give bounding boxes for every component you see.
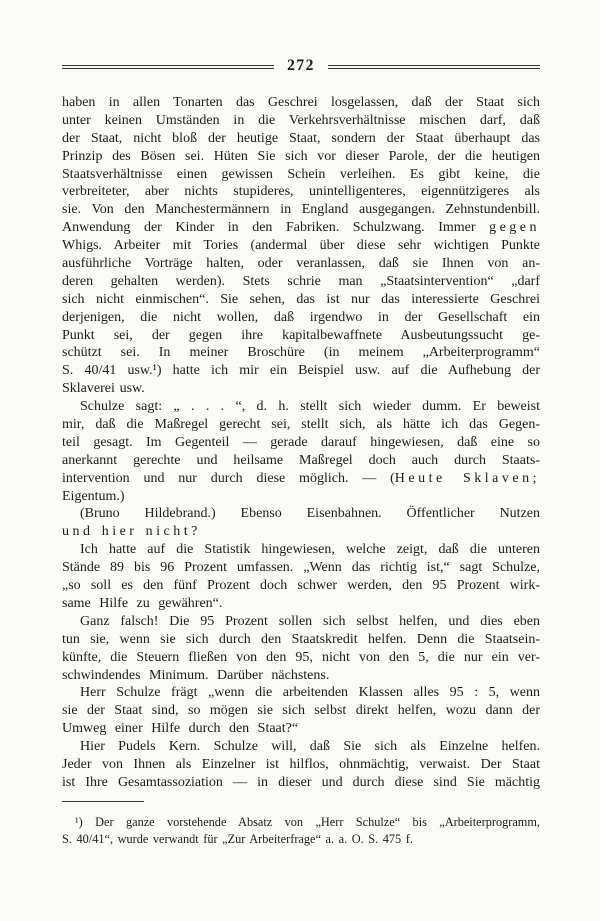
body-text: haben in allen Tonarten das Geschrei los… [62, 94, 540, 792]
paragraph: Hier Pudels Kern. Schulze will, daß Sie … [62, 738, 540, 792]
text-line: ausführliche Vorträge halten, oder veran… [62, 255, 540, 273]
text-line: intervention und nur durch diese möglich… [62, 470, 540, 488]
text-line: Eigentum.) [62, 488, 540, 506]
text-line: Ich hatte auf die Statistik hingewiesen,… [62, 541, 540, 559]
text-line: Herr Schulze frägt „wenn die arbeitenden… [62, 684, 540, 702]
text-line: Jeder von Ihnen als Einzelner ist hilflo… [62, 756, 540, 774]
paragraph: Herr Schulze frägt „wenn die arbeitenden… [62, 684, 540, 738]
text-line: Ganz falsch! Die 95 Prozent sollen sich … [62, 613, 540, 631]
text-line: sich nicht einmischen“. Sie sehen, das i… [62, 291, 540, 309]
footnote-separator-rule [62, 801, 144, 802]
text-line: Hier Pudels Kern. Schulze will, daß Sie … [62, 738, 540, 756]
text-line: ist Ihre Gesamtassoziation — in dieser u… [62, 774, 540, 792]
page-number: 272 [274, 57, 328, 75]
text-line: sie. Von den Manchestermännern in Englan… [62, 201, 540, 219]
text-line: Whigs. Arbeiter mit Tories (andermal übe… [62, 237, 540, 255]
text-line: unter keinen Umständen in die Verkehrsve… [62, 112, 540, 130]
letterspaced-emphasis: und hier nicht? [62, 524, 201, 539]
text-line: und hier nicht? [62, 523, 540, 541]
text-line: Staatsverhältnisse einen gewissen Schein… [62, 166, 540, 184]
text-line: mir, daß die Maßregel gerecht sei, stell… [62, 416, 540, 434]
text-line: Stände 89 bis 96 Prozent umfassen. „Wenn… [62, 559, 540, 577]
header-rule-left [62, 65, 274, 70]
footnote-line: S. 40/41“, wurde verwandt für „Zur Arbei… [62, 831, 540, 848]
text-line: derjenigen, die nicht wollen, daß irgend… [62, 309, 540, 327]
scanned-book-page: 272 haben in allen Tonarten das Geschrei… [0, 0, 600, 921]
text-line: sie der Staat sind, so mögen sie sich se… [62, 702, 540, 720]
text-line: künfte, die Steuern fließen von den 95, … [62, 649, 540, 667]
text-line: Punkt sei, der gegen ihre kapitalbewaffn… [62, 327, 540, 345]
text-line: deren gehalten werden). Stets schrie man… [62, 273, 540, 291]
text-line: teil gesagt. Im Gegenteil — gerade darau… [62, 434, 540, 452]
text-line: Sklaverei usw. [62, 380, 540, 398]
paragraph: haben in allen Tonarten das Geschrei los… [62, 94, 540, 398]
paragraph: (Bruno Hildebrand.) Ebenso Eisenbahnen. … [62, 505, 540, 541]
paragraph: Schulze sagt: „ . . . “, d. h. stellt si… [62, 398, 540, 505]
text-line: Prinzip des Bösen sei. Hüten Sie sich vo… [62, 148, 540, 166]
paragraph: Ich hatte auf die Statistik hingewiesen,… [62, 541, 540, 613]
text-line: Umweg einer Hilfe durch den Staat?“ [62, 720, 540, 738]
text-line: „so soll es den fünf Prozent doch schwer… [62, 577, 540, 595]
running-head: 272 [62, 57, 540, 77]
paragraph: Ganz falsch! Die 95 Prozent sollen sich … [62, 613, 540, 685]
text-line: haben in allen Tonarten das Geschrei los… [62, 94, 540, 112]
text-line: S. 40/41 usw.¹) hatte ich mir ein Beispi… [62, 362, 540, 380]
text-line: Anwendung der Kinder in den Fabriken. Sc… [62, 219, 540, 237]
text-line: schwindendes Minimum. Darüber nächstens. [62, 667, 540, 685]
text-line: tun sie, wenn sie sich durch den Staatsk… [62, 631, 540, 649]
letterspaced-emphasis: gegen [489, 220, 540, 235]
footnote: ¹) Der ganze vorstehende Absatz von „Her… [62, 814, 540, 848]
text-line: anerkannt gerechte und heilsame Maßregel… [62, 452, 540, 470]
text-line: same Hilfe zu gewähren“. [62, 595, 540, 613]
text-line: (Bruno Hildebrand.) Ebenso Eisenbahnen. … [62, 505, 540, 523]
text-line: schützt sei. In meiner Broschüre (in mei… [62, 344, 540, 362]
text-line: verbreiteter, aber nichts stupideres, un… [62, 183, 540, 201]
footnote-line: ¹) Der ganze vorstehende Absatz von „Her… [62, 814, 540, 831]
letterspaced-emphasis: Heute Sklaven; [395, 471, 540, 486]
text-line: Schulze sagt: „ . . . “, d. h. stellt si… [62, 398, 540, 416]
text-line: der Staat, nicht bloß der heutige Staat,… [62, 130, 540, 148]
header-rule-right [328, 65, 540, 70]
